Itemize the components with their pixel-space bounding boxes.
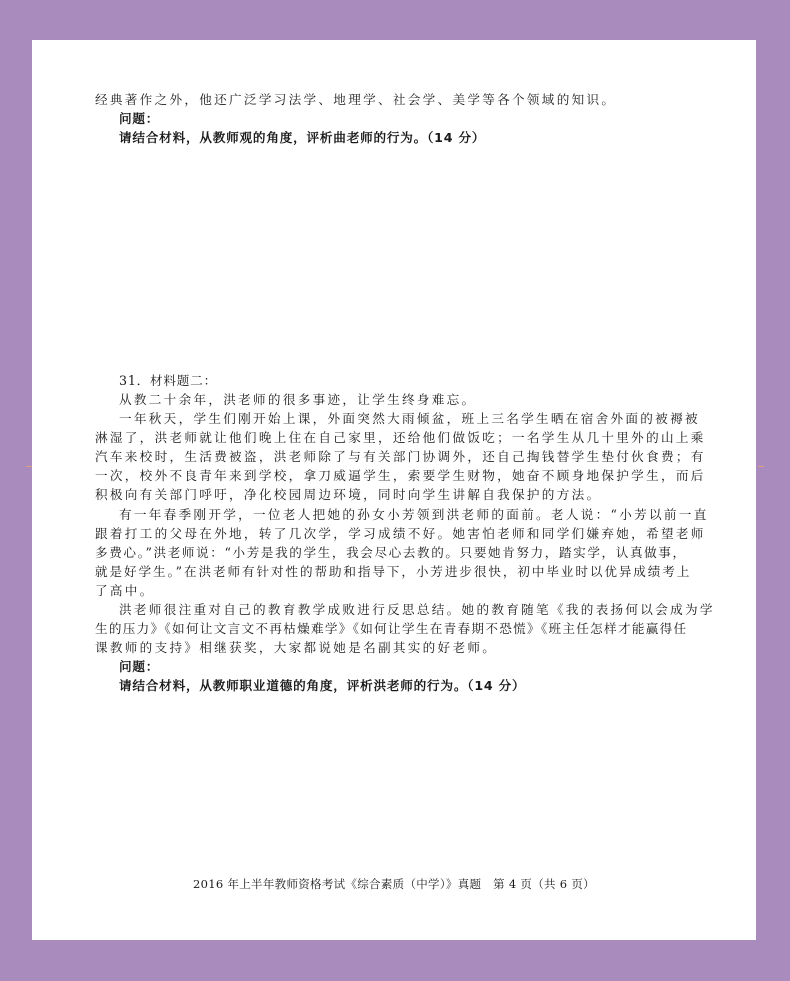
q31-para-2-line-4: 一次，校外不良青年来到学校，拿刀威逼学生，索要学生财物，她奋不顾身地保护学生，而… [95,467,706,485]
q31-para-2-line-3: 汽车来校时，生活费被盗，洪老师除了与有关部门协调外，还自己掏钱替学生垫付伙食费；… [95,448,706,466]
q31-question-text: 请结合材料，从教师职业道德的角度，评析洪老师的行为。（14 分） [119,677,525,695]
q31-para-2-line-1: 一年秋天，学生们刚开始上课，外面突然大雨倾盆，班上三名学生晒在宿舍外面的被褥被 [119,410,700,428]
q31-para-2-line-5: 积极向有关部门呼吁，净化校园周边环境，同时向学生讲解自我保护的方法。 [95,486,601,504]
q31-para-1-line-1: 从教二十余年，洪老师的很多事迹，让学生终身难忘。 [119,391,476,409]
q31-para-3-line-4: 就是好学生。”在洪老师有针对性的帮助和指导下，小芳进步很快，初中毕业时以优异成绩… [95,563,691,581]
q31-question-label: 问题： [119,658,159,676]
q31-para-3-line-3: 多费心。”洪老师说：“小芳是我的学生，我会尽心去教的。只要她肯努力，踏实学，认真… [95,544,687,562]
exam-page: 经典著作之外，他还广泛学习法学、地理学、社会学、美学等各个领域的知识。 问题： … [32,40,756,940]
registration-mark-right [758,466,764,467]
q31-para-4-line-1: 洪老师很注重对自己的教育教学成败进行反思总结。她的教育随笔《我的表扬何以会成为学 [119,601,715,619]
page-footer: 2016 年上半年教师资格考试《综合素质（中学）》真题 第 4 页（共 6 页） [32,876,756,892]
q31-para-3-line-2: 跟着打工的父母在外地，转了几次学，学习成绩不好。她害怕老师和同学们嫌弃她，希望老… [95,525,706,543]
q31-para-4-line-2: 生的压力》《如何让文言文不再枯燥难学》《如何让学生在青春期不恐慌》《班主任怎样才… [95,620,687,638]
prev-question-text: 请结合材料，从教师观的角度，评析曲老师的行为。（14 分） [119,129,485,147]
q31-para-2-line-2: 淋湿了，洪老师就让他们晚上住在自己家里，还给他们做饭吃；一名学生从几十里外的山上… [95,429,706,447]
prev-material-continuation: 经典著作之外，他还广泛学习法学、地理学、社会学、美学等各个领域的知识。 [95,91,616,109]
question-31-heading: 31．材料题二： [119,372,217,390]
prev-question-label: 问题： [119,110,159,128]
q31-para-3-line-5: 了高中。 [95,582,155,600]
q31-para-3-line-1: 有一年春季刚开学，一位老人把她的孙女小芳领到洪老师的面前。老人说：“小芳以前一直 [119,506,709,524]
registration-mark-left [26,466,32,467]
q31-para-4-line-3: 课教师的支持》相继获奖，大家都说她是名副其实的好老师。 [95,639,497,657]
